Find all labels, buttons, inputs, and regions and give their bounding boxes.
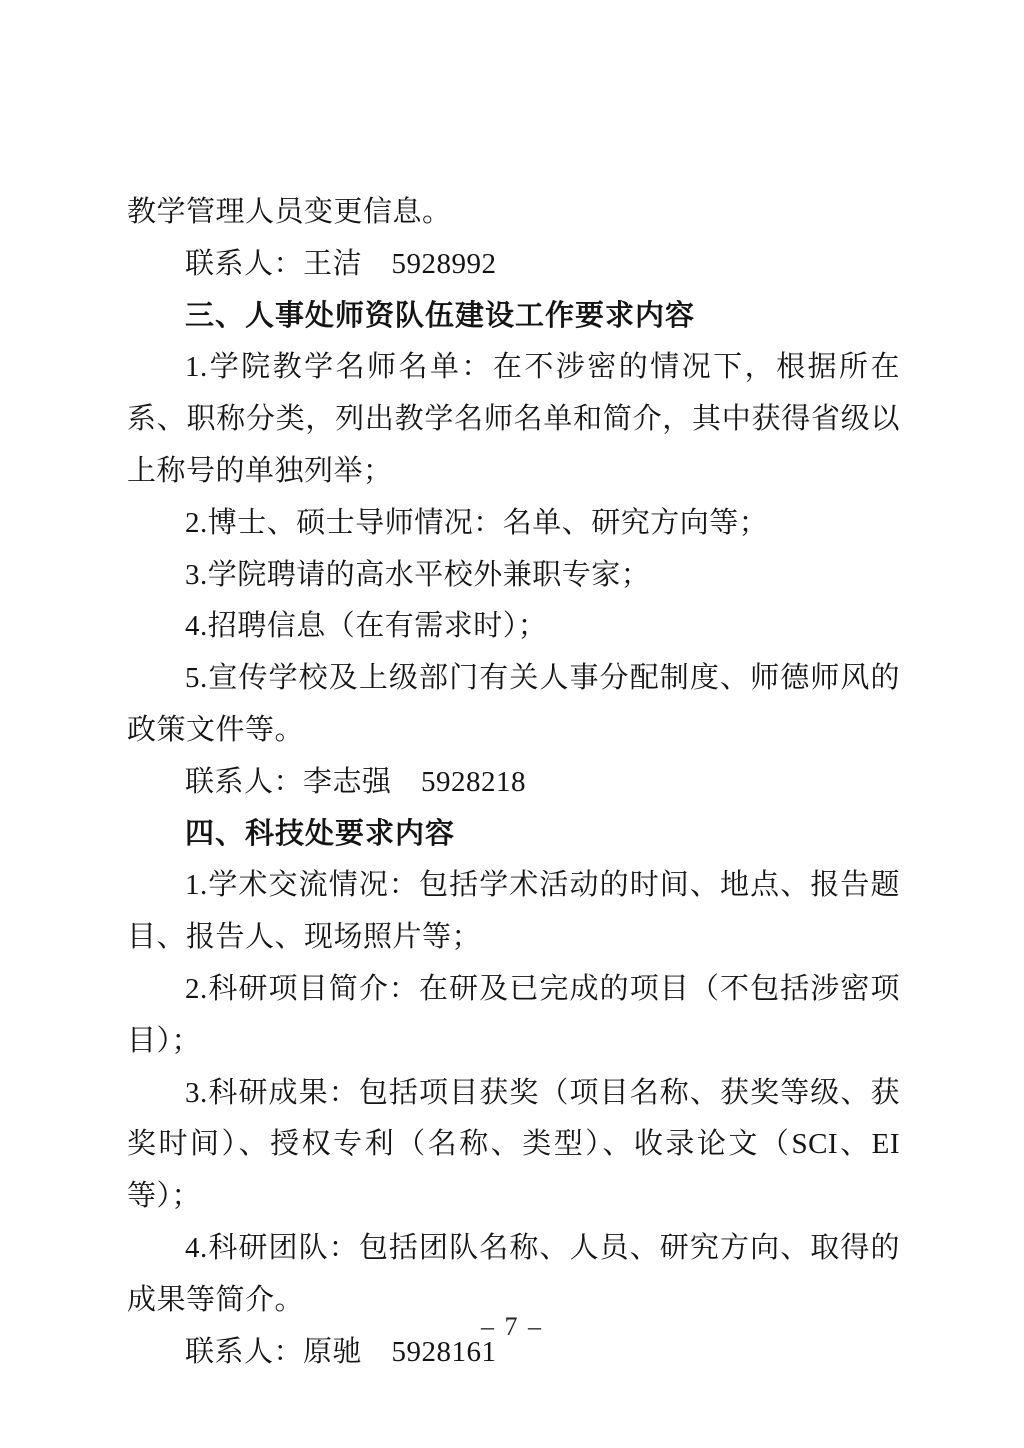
page-number: – 7 – <box>481 1312 543 1341</box>
contact-line-renshichu: 联系人：李志强 5928218 <box>127 757 900 809</box>
section-heading-kejichu: 四、科技处要求内容 <box>127 809 900 861</box>
list-item-3: 3.学院聘请的高水平校外兼职专家； <box>127 550 900 602</box>
list-item-4: 4.招聘信息（在有需求时）； <box>127 601 900 653</box>
list-item-kj-1: 1.学术交流情况：包括学术活动的时间、地点、报告题目、报告人、现场照片等； <box>127 860 900 964</box>
list-item-2: 2.博士、硕士导师情况：名单、研究方向等； <box>127 498 900 550</box>
paragraph-continuation: 教学管理人员变更信息。 <box>127 187 900 239</box>
page-footer: – 7 – <box>0 1312 1024 1342</box>
list-item-1: 1.学院教学名师名单：在不涉密的情况下，根据所在系、职称分类，列出教学名师名单和… <box>127 342 900 497</box>
list-item-kj-2: 2.科研项目简介：在研及已完成的项目（不包括涉密项目）； <box>127 964 900 1068</box>
list-item-5: 5.宣传学校及上级部门有关人事分配制度、师德师风的政策文件等。 <box>127 653 900 757</box>
document-body: 教学管理人员变更信息。 联系人：王洁 5928992 三、人事处师资队伍建设工作… <box>127 187 900 1378</box>
list-item-kj-4: 4.科研团队：包括团队名称、人员、研究方向、取得的成果等简介。 <box>127 1223 900 1327</box>
contact-line-jiaowu: 联系人：王洁 5928992 <box>127 239 900 291</box>
section-heading-renshichu: 三、人事处师资队伍建设工作要求内容 <box>127 291 900 343</box>
list-item-kj-3: 3.科研成果：包括项目获奖（项目名称、获奖等级、获奖时间）、授权专利（名称、类型… <box>127 1068 900 1223</box>
document-page: 教学管理人员变更信息。 联系人：王洁 5928992 三、人事处师资队伍建设工作… <box>0 0 1024 1448</box>
